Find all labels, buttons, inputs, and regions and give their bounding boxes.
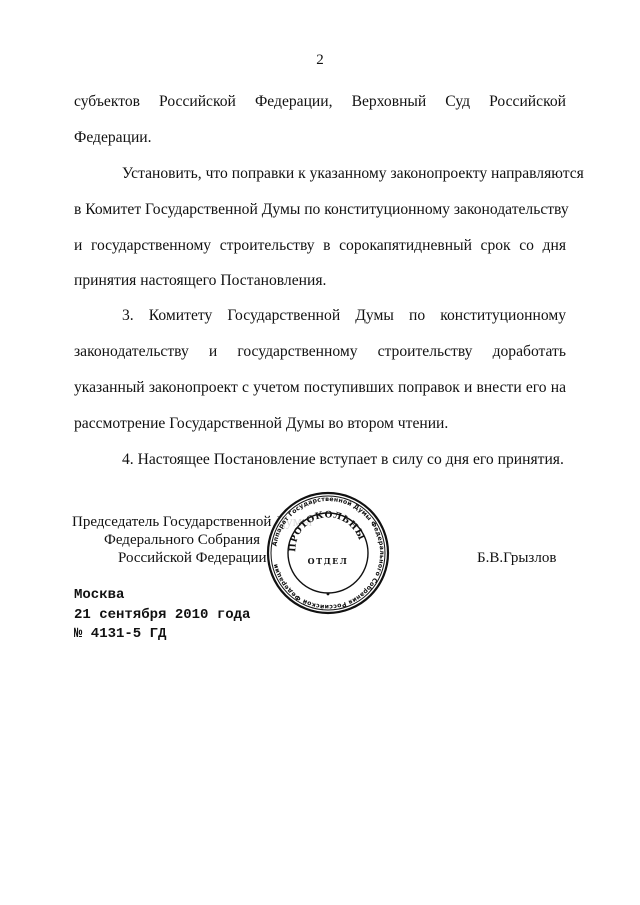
city: Москва [74,585,124,605]
official-stamp: Аппарат Государственной Думы Федеральног… [266,490,390,616]
paragraph-3-line-3: указанный законопроект с учетом поступив… [74,378,566,398]
paragraph-3-line-1: 3. Комитету Государственной Думы по конс… [74,306,566,326]
document-page: 2 субъектов Российской Федерации, Верхов… [0,0,640,905]
paragraph-1-line-2: Федерации. [74,128,566,148]
document-number: № 4131-5 ГД [74,624,166,644]
paragraph-2-line-2: в Комитет Государственной Думы по консти… [74,200,566,220]
paragraph-1-line-1: субъектов Российской Федерации, Верховны… [74,92,566,112]
signature-title-line-3: Российской Федерации [118,548,267,568]
paragraph-3-line-4: рассмотрение Государственной Думы во вто… [74,414,566,434]
paragraph-2-line-4: принятия настоящего Постановления. [74,271,566,291]
paragraph-2-line-3: и государственному строительству в сорок… [74,236,566,256]
stamp-center-text: ОТДЕЛ [308,556,349,566]
signature-title-line-2: Федерального Собрания [104,530,260,550]
paragraph-4-line-1: 4. Настоящее Постановление вступает в си… [74,450,566,470]
paragraph-3-line-2: законодательству и государственному стро… [74,342,566,362]
page-number: 2 [0,50,640,70]
signatory-name: Б.В.Грызлов [477,548,556,568]
paragraph-2-line-1: Установить, что поправки к указанному за… [74,164,566,184]
document-date: 21 сентября 2010 года [74,605,250,625]
